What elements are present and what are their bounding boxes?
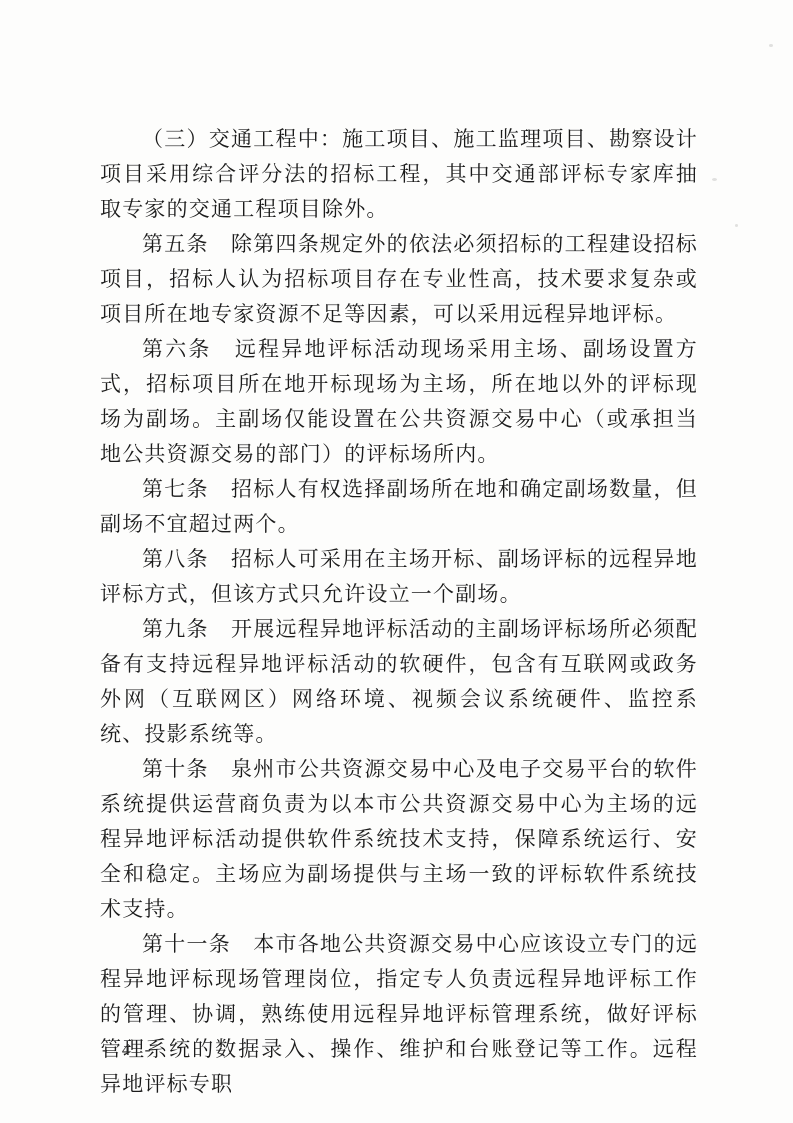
scan-speck [712, 178, 717, 181]
scan-speck [735, 224, 738, 227]
paragraph-article-8: 第八条 招标人可采用在主场开标、副场评标的远程异地评标方式，但该方式只允许设立一… [100, 542, 698, 612]
paragraph-article-10: 第十条 泉州市公共资源交易中心及电子交易平台的软件系统提供运营商负责为以本市公共… [100, 752, 698, 927]
paragraph-article-6: 第六条 远程异地评标活动现场采用主场、副场设置方式，招标项目所在地开标现场为主场… [100, 332, 698, 472]
scan-speck [769, 44, 773, 47]
document-body: （三）交通工程中：施工项目、施工监理项目、勘察设计项目采用综合评分法的招标工程，… [100, 122, 698, 1102]
paragraph-article-11: 第十一条 本市各地公共资源交易中心应该设立专门的远程异地评标现场管理岗位，指定专… [100, 927, 698, 1102]
paragraph-article-7: 第七条 招标人有权选择副场所在地和确定副场数量，但副场不宜超过两个。 [100, 472, 698, 542]
paragraph-item-3-traffic-projects: （三）交通工程中：施工项目、施工监理项目、勘察设计项目采用综合评分法的招标工程，… [100, 122, 698, 227]
paragraph-article-5: 第五条 除第四条规定外的依法必须招标的工程建设招标项目，招标人认为招标项目存在专… [100, 227, 698, 332]
paragraph-article-9: 第九条 开展远程异地评标活动的主副场评标场所必须配备有支持远程异地评标活动的软硬… [100, 612, 698, 752]
document-page: （三）交通工程中：施工项目、施工监理项目、勘察设计项目采用综合评分法的招标工程，… [0, 0, 793, 1123]
page-number: - 4 - [102, 1040, 155, 1060]
